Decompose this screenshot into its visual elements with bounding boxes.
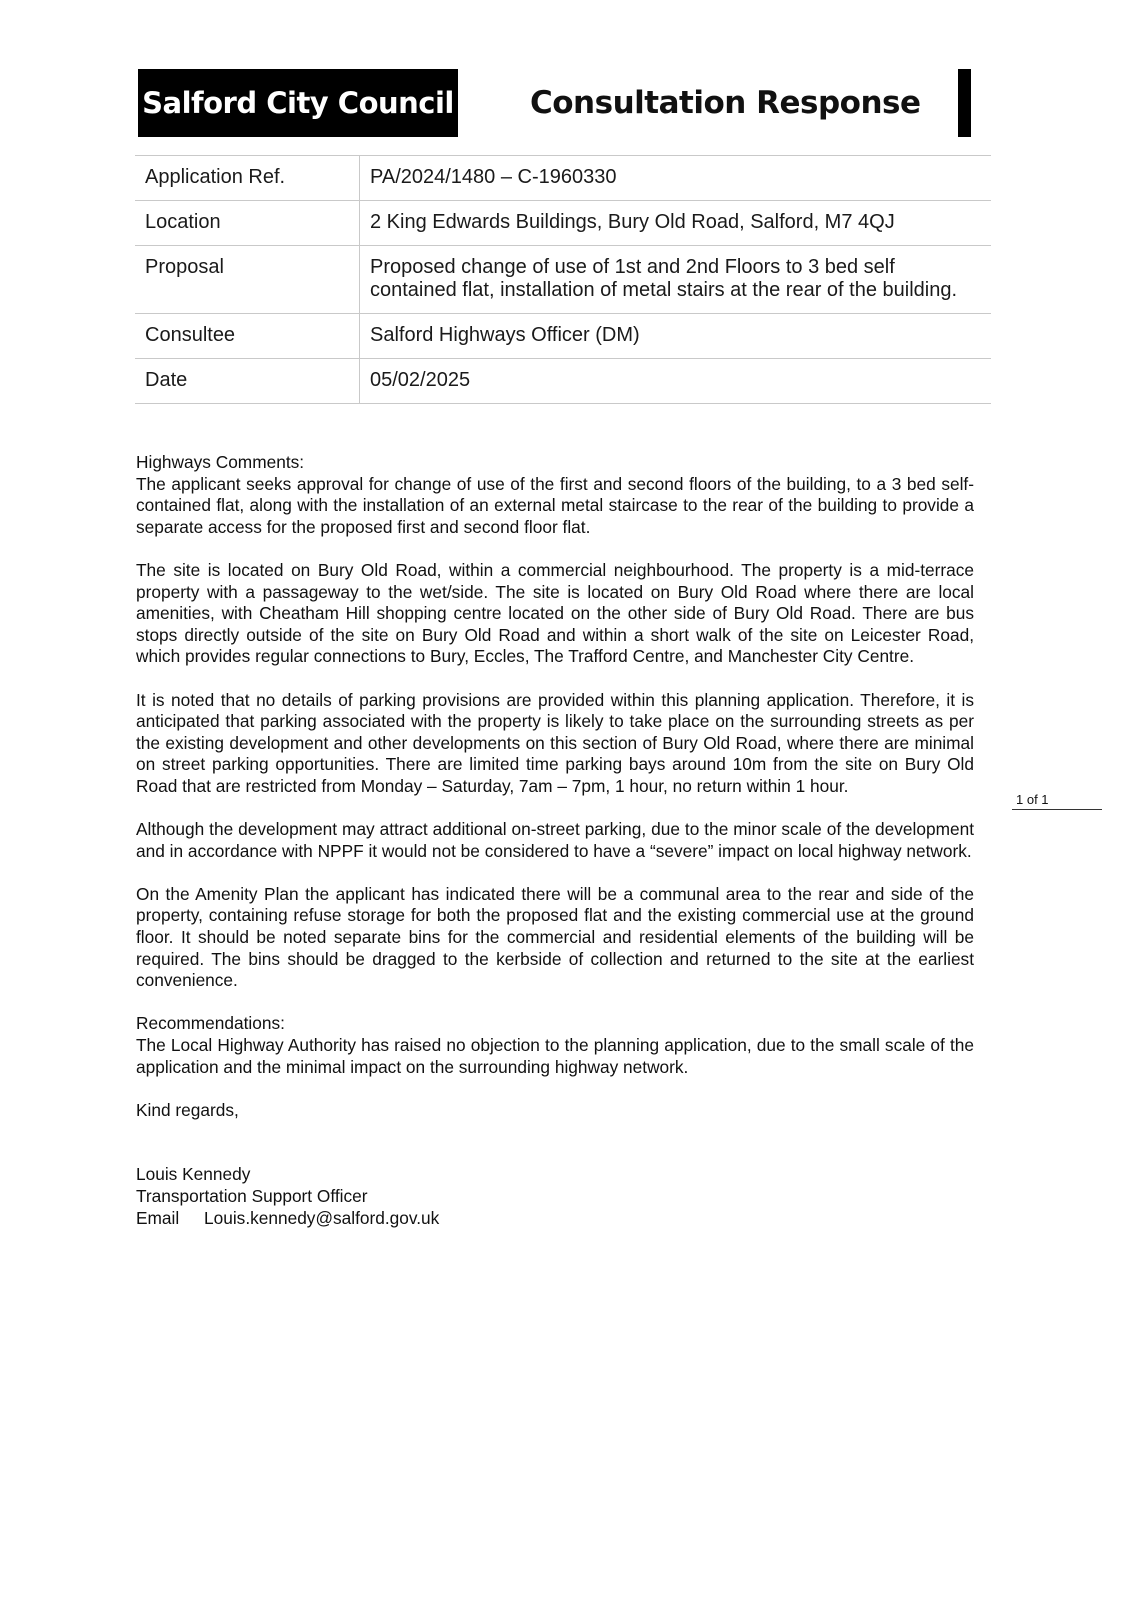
comments-heading: Highways Comments: <box>136 452 974 474</box>
comments-paragraph: On the Amenity Plan the applicant has in… <box>136 884 974 992</box>
proposal-value: Proposed change of use of 1st and 2nd Fl… <box>360 246 992 314</box>
email-link[interactable]: Louis.kennedy@salford.gov.uk <box>204 1208 439 1228</box>
comments-paragraph: The applicant seeks approval for change … <box>136 474 974 539</box>
table-row: Location 2 King Edwards Buildings, Bury … <box>135 201 991 246</box>
date-label: Date <box>135 359 360 404</box>
table-row: Consultee Salford Highways Officer (DM) <box>135 314 991 359</box>
document-title: Consultation Response <box>530 69 921 137</box>
location-value: 2 King Edwards Buildings, Bury Old Road,… <box>360 201 992 246</box>
recommendations-text: The Local Highway Authority has raised n… <box>136 1035 974 1078</box>
proposal-label: Proposal <box>135 246 360 314</box>
closing-text: Kind regards, <box>136 1100 974 1122</box>
table-row: Application Ref. PA/2024/1480 – C-196033… <box>135 156 991 201</box>
location-label: Location <box>135 201 360 246</box>
email-label: Email <box>136 1208 204 1230</box>
application-info-table: Application Ref. PA/2024/1480 – C-196033… <box>135 155 991 404</box>
document-header: Salford City Council Consultation Respon… <box>138 69 990 137</box>
council-logo: Salford City Council <box>138 69 458 137</box>
application-ref-value: PA/2024/1480 – C-1960330 <box>360 156 992 201</box>
consultee-value: Salford Highways Officer (DM) <box>360 314 992 359</box>
header-accent-bar <box>958 69 971 137</box>
table-row: Proposal Proposed change of use of 1st a… <box>135 246 991 314</box>
signatory-email-line: EmailLouis.kennedy@salford.gov.uk <box>136 1208 974 1230</box>
comments-paragraph: It is noted that no details of parking p… <box>136 690 974 798</box>
signatory-role: Transportation Support Officer <box>136 1186 974 1208</box>
recommendations-heading: Recommendations: <box>136 1013 974 1035</box>
consultee-label: Consultee <box>135 314 360 359</box>
application-ref-label: Application Ref. <box>135 156 360 201</box>
page-indicator: 1 of 1 <box>1012 792 1102 810</box>
comments-paragraph: Although the development may attract add… <box>136 819 974 862</box>
date-value: 05/02/2025 <box>360 359 992 404</box>
table-row: Date 05/02/2025 <box>135 359 991 404</box>
signatory-name: Louis Kennedy <box>136 1164 974 1186</box>
response-body: Highways Comments: The applicant seeks a… <box>136 452 974 1229</box>
comments-paragraph: The site is located on Bury Old Road, wi… <box>136 560 974 668</box>
signature-block: Louis Kennedy Transportation Support Off… <box>136 1164 974 1229</box>
